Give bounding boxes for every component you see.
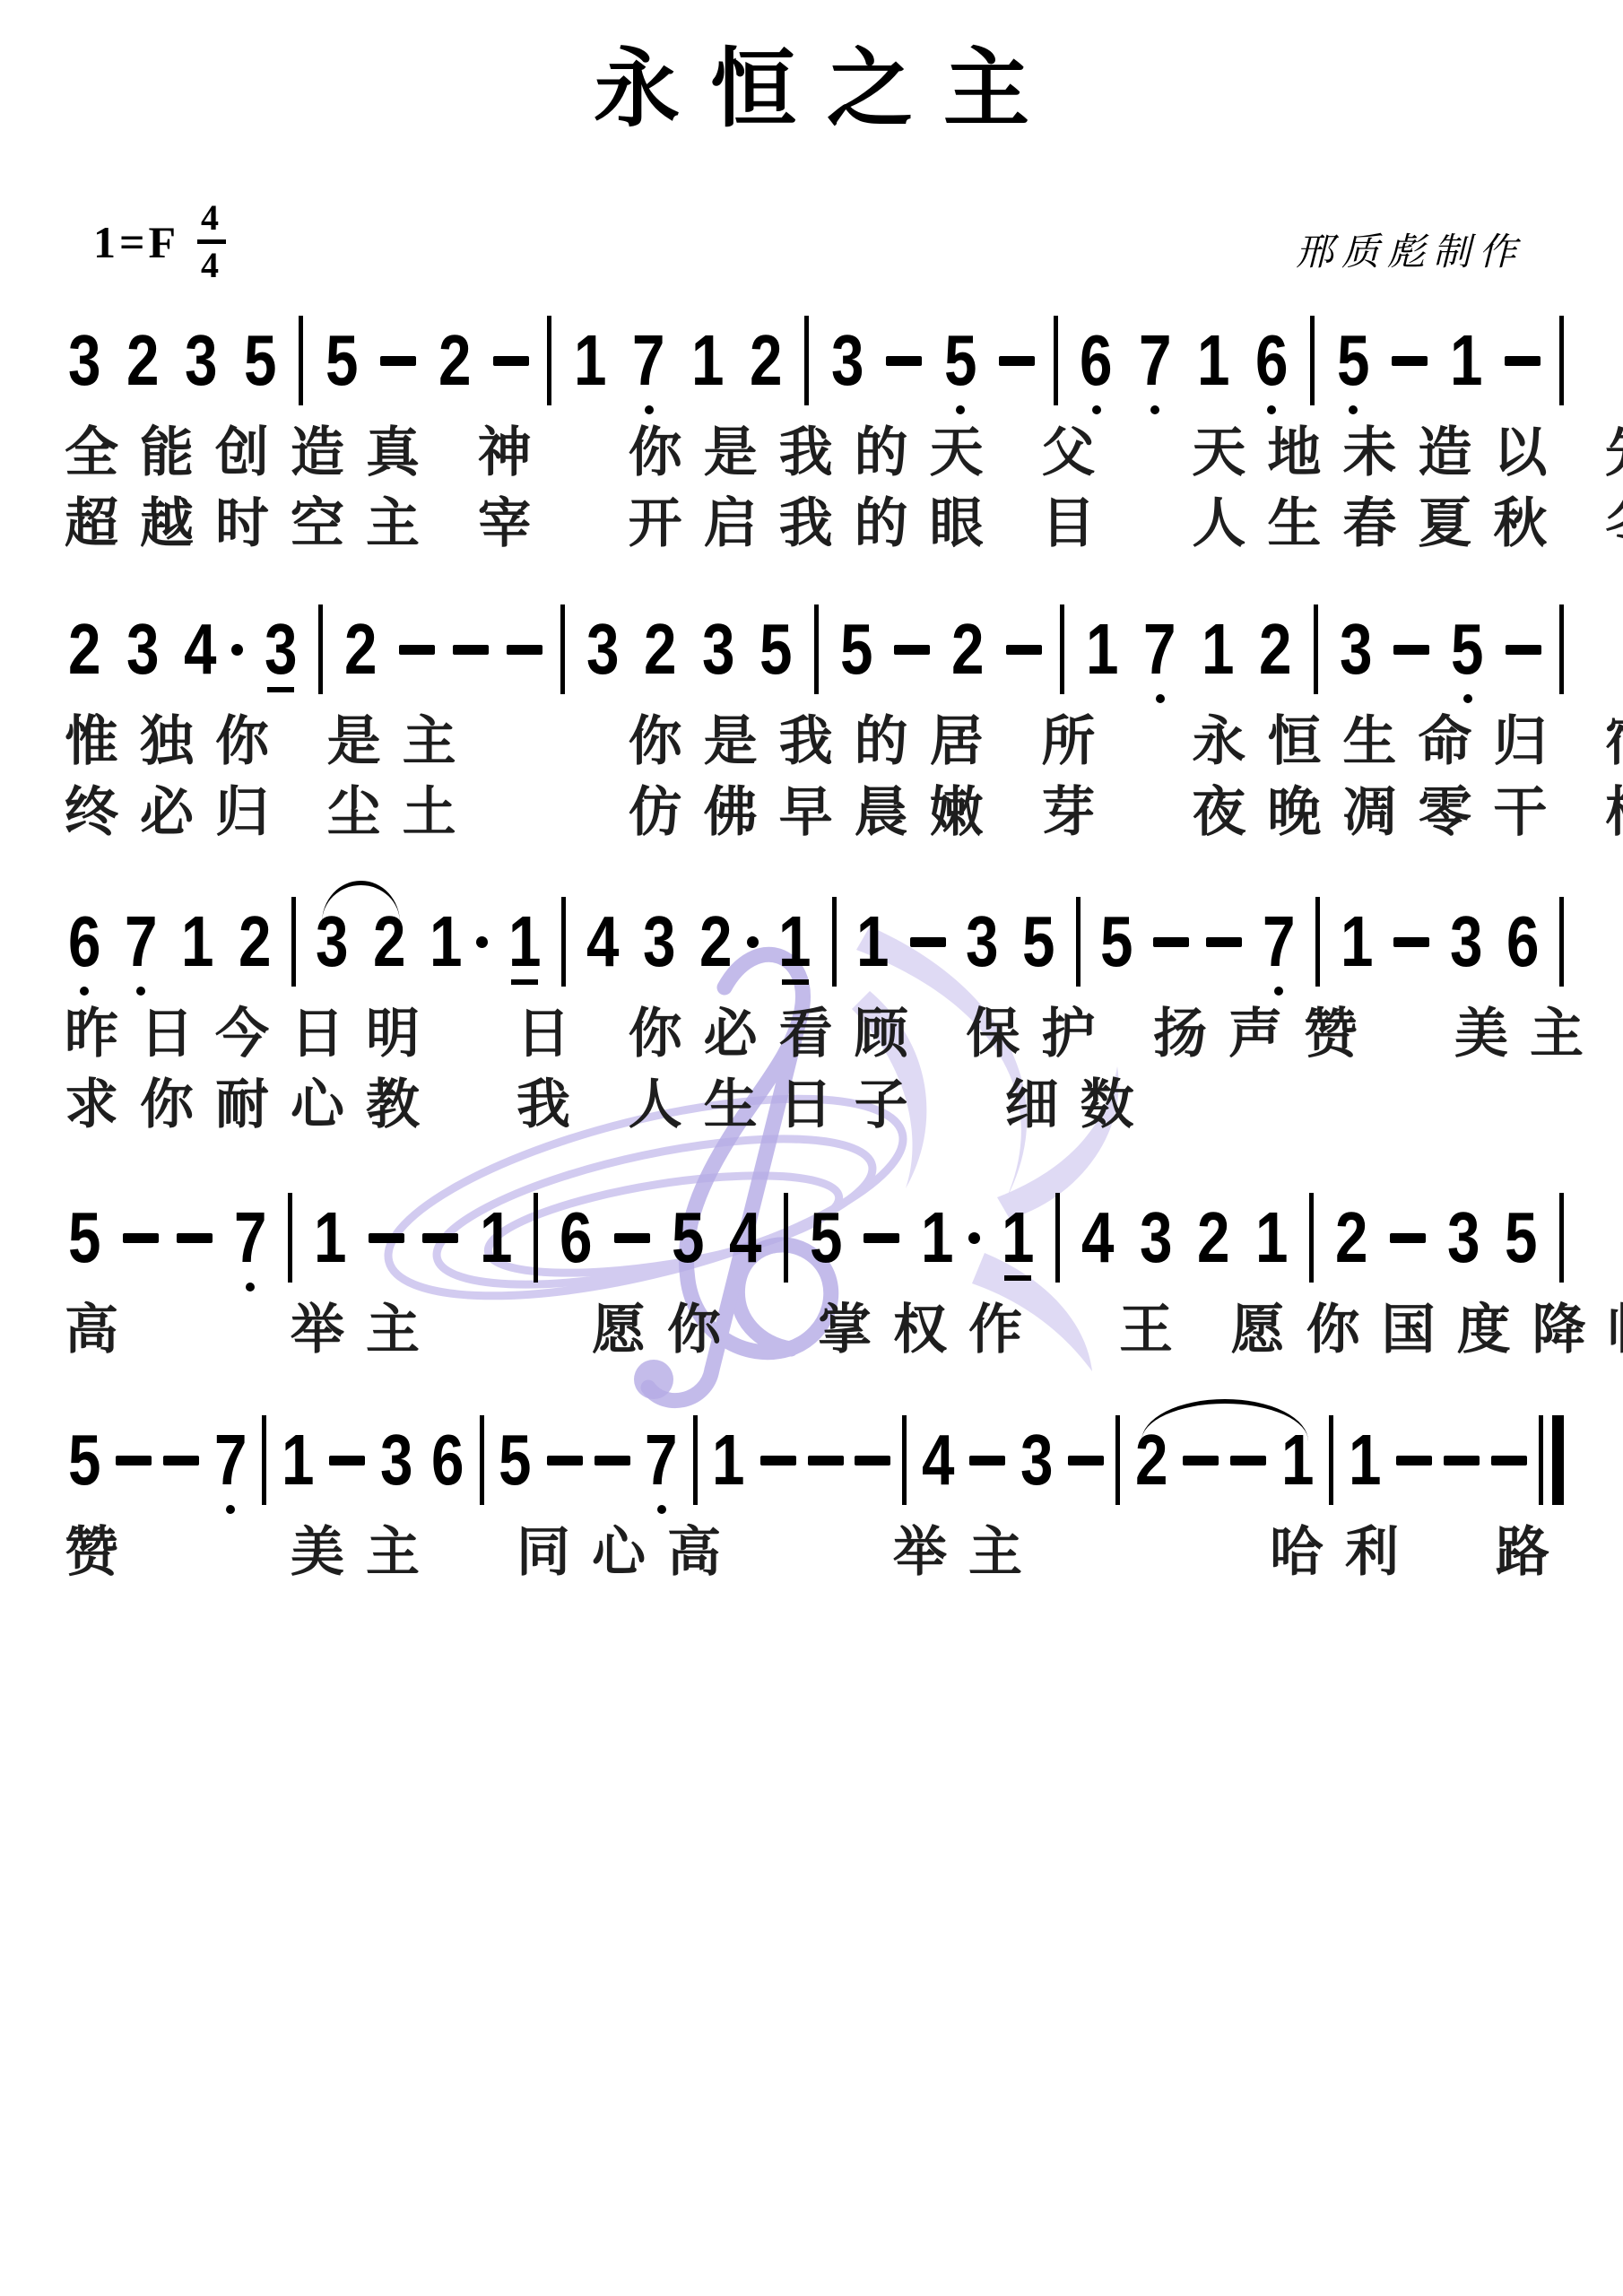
note-1: 1 xyxy=(178,895,218,988)
note-7: 7 xyxy=(1259,895,1299,988)
note-3: 3 xyxy=(1136,1191,1176,1284)
note-digit: 3 xyxy=(265,613,297,685)
note-digit: 2 xyxy=(126,325,159,396)
duration-dash xyxy=(1491,1456,1527,1465)
low-octave-dot xyxy=(956,405,965,414)
duration-dash xyxy=(493,356,529,366)
note-3: 3 xyxy=(1336,603,1376,696)
barline xyxy=(1559,897,1564,987)
note-1: 1 xyxy=(1337,895,1377,988)
note-5: 5 xyxy=(941,314,981,407)
note-digit: 1 xyxy=(778,906,811,978)
key-label: 1=F xyxy=(93,216,179,268)
low-octave-dot xyxy=(657,1505,666,1514)
notes-row: 23432323552171235 xyxy=(65,603,1564,696)
note-digit: 7 xyxy=(632,325,664,396)
low-octave-dot xyxy=(645,405,654,414)
duration-dash xyxy=(886,356,922,366)
song-title: 永恒之主 xyxy=(0,45,1623,135)
note-digit: 3 xyxy=(702,613,734,685)
note-5: 5 xyxy=(322,314,362,407)
note-3: 3 xyxy=(828,314,868,407)
note-2: 2 xyxy=(341,603,381,696)
note-1: 1 xyxy=(426,895,489,988)
note-3: 3 xyxy=(962,895,1002,988)
note-digit: 2 xyxy=(1197,1202,1229,1274)
barline xyxy=(1559,1193,1564,1283)
note-2: 2 xyxy=(640,603,681,696)
note-digit: 1 xyxy=(856,906,889,978)
note-1: 1 xyxy=(853,895,893,988)
note-3: 3 xyxy=(65,314,105,407)
low-octave-dot xyxy=(226,1505,235,1514)
note-5: 5 xyxy=(65,1191,105,1284)
note-2: 2 xyxy=(235,895,275,988)
note-2: 2 xyxy=(435,314,475,407)
duration-dash xyxy=(1506,645,1541,655)
note-3: 3 xyxy=(261,603,301,696)
notes-row: 57116545114321235 xyxy=(65,1191,1564,1284)
barline xyxy=(1055,1193,1060,1283)
note-1: 1 xyxy=(775,895,815,988)
note-3: 3 xyxy=(1017,1413,1057,1507)
note-3: 3 xyxy=(123,603,163,696)
note-digit: 2 xyxy=(438,325,471,396)
note-digit: 1 xyxy=(1255,1202,1288,1274)
barline xyxy=(1310,316,1315,405)
note-1: 1 xyxy=(570,314,611,407)
note-digit: 6 xyxy=(1255,325,1288,396)
low-octave-dot xyxy=(80,987,89,996)
note-digit: 7 xyxy=(214,1424,247,1496)
note-3: 3 xyxy=(181,314,221,407)
note-digit: 4 xyxy=(1081,1202,1114,1274)
barline xyxy=(784,1193,788,1283)
note-7: 7 xyxy=(230,1191,271,1284)
credit-text: 邢质彪制作 xyxy=(1296,222,1524,276)
note-4: 4 xyxy=(725,1191,766,1284)
note-digit: 5 xyxy=(244,325,276,396)
note-digit: 7 xyxy=(645,1424,677,1496)
note-digit: 1 xyxy=(712,1424,744,1496)
barline xyxy=(534,1193,538,1283)
note-digit: 3 xyxy=(1020,1424,1053,1496)
note-digit: 2 xyxy=(699,906,732,978)
note-digit: 2 xyxy=(750,325,782,396)
duration-dash xyxy=(910,937,946,947)
time-denominator: 4 xyxy=(201,244,222,284)
barline xyxy=(1060,604,1064,694)
note-digit: 3 xyxy=(1450,906,1482,978)
note-5: 5 xyxy=(495,1413,535,1507)
note-digit: 4 xyxy=(922,1424,954,1496)
note-digit: 5 xyxy=(1505,1202,1537,1274)
note-digit: 1 xyxy=(430,906,462,978)
note-digit: 3 xyxy=(185,325,217,396)
note-digit: 5 xyxy=(325,325,358,396)
barline xyxy=(902,1415,907,1505)
note-digit: 1 xyxy=(181,906,213,978)
duration-dash xyxy=(1393,937,1429,947)
duration-dash xyxy=(1392,356,1428,366)
music-line-1: 323552171235671651全能创造真 神 你是我的天 父 天地未造以 … xyxy=(65,314,1564,556)
note-5: 5 xyxy=(1097,895,1137,988)
time-signature: 4 4 xyxy=(197,199,226,284)
notes-row: 323552171235671651 xyxy=(65,314,1564,407)
note-digit: 3 xyxy=(966,906,998,978)
barline xyxy=(1054,316,1058,405)
duration-dash xyxy=(760,1456,796,1465)
barline xyxy=(1329,1415,1333,1505)
note-5: 5 xyxy=(240,314,281,407)
barline xyxy=(547,316,551,405)
note-digit: 2 xyxy=(1335,1202,1367,1274)
note-digit: 5 xyxy=(1451,613,1483,685)
lyric-line: 高 举主 愿你 掌权作 王 愿你国度降临 扬声 xyxy=(65,1299,1564,1362)
note-3: 3 xyxy=(583,603,623,696)
duration-dash xyxy=(177,1233,213,1243)
note-2: 2 xyxy=(1193,1191,1234,1284)
note-digit: 5 xyxy=(68,1424,100,1496)
lyric-line: 求你耐心教 我 人生日子 细数 xyxy=(65,1074,1564,1137)
note-digit: 5 xyxy=(1337,325,1369,396)
note-digit: 7 xyxy=(234,1202,266,1274)
note-7: 7 xyxy=(211,1413,251,1507)
note-7: 7 xyxy=(1135,314,1176,407)
note-digit: 1 xyxy=(508,906,541,978)
duration-dash xyxy=(399,645,435,655)
sheet-music-page: 永恒之主 1=F 4 4 邢质彪制作 323552171235671651全能创… xyxy=(0,0,1623,2296)
note-1: 1 xyxy=(310,1191,351,1284)
note-digit: 2 xyxy=(951,613,984,685)
note-digit: 1 xyxy=(1197,325,1229,396)
barline xyxy=(288,1193,292,1283)
note-1: 1 xyxy=(688,314,728,407)
final-barline xyxy=(1539,1415,1564,1505)
note-5: 5 xyxy=(668,1191,708,1284)
augmentation-dot xyxy=(747,936,759,948)
low-octave-dot xyxy=(1463,694,1472,703)
note-1: 1 xyxy=(1446,314,1487,407)
duration-dash xyxy=(1068,1456,1104,1465)
note-7: 7 xyxy=(641,1413,681,1507)
note-6: 6 xyxy=(1252,314,1292,407)
note-2: 2 xyxy=(123,314,163,407)
note-3: 3 xyxy=(699,603,739,696)
note-5: 5 xyxy=(806,1191,846,1284)
low-octave-dot xyxy=(1274,987,1283,996)
note-5: 5 xyxy=(837,603,877,696)
note-5: 5 xyxy=(1333,314,1374,407)
note-1: 1 xyxy=(278,1413,318,1507)
note-6: 6 xyxy=(65,895,105,988)
augmentation-dot xyxy=(968,1232,980,1244)
lyric-line: 昨日今日明 日 你必看顾 保护 扬声赞 美主 同心 xyxy=(65,1003,1564,1066)
note-5: 5 xyxy=(1019,895,1059,988)
duration-dash xyxy=(547,1456,583,1465)
note-1: 1 xyxy=(505,895,545,988)
barline xyxy=(480,1415,484,1505)
duration-dash xyxy=(1390,1233,1426,1243)
note-digit: 3 xyxy=(1447,1202,1480,1274)
note-digit: 1 xyxy=(1450,325,1482,396)
time-numerator: 4 xyxy=(197,199,226,244)
duration-dash xyxy=(595,1456,630,1465)
music-line-5: 5713657143211赞 美主 同心高 举主 哈利 路 亚 xyxy=(65,1413,1564,1585)
note-digit: 3 xyxy=(380,1424,412,1496)
note-4: 4 xyxy=(180,603,243,696)
music-line-4: 57116545114321235高 举主 愿你 掌权作 王 愿你国度降临 扬声 xyxy=(65,1191,1564,1362)
duration-dash xyxy=(116,1456,152,1465)
lyric-line: 全能创造真 神 你是我的天 父 天地未造以 先 xyxy=(65,422,1564,485)
note-3: 3 xyxy=(1444,1191,1484,1284)
duration-dash xyxy=(1206,937,1242,947)
music-line-2: 23432323552171235惟独你 是主 你是我的居 所 永恒生命归 宿终… xyxy=(65,603,1564,845)
watermark-clef-blob xyxy=(634,1360,673,1399)
note-1: 1 xyxy=(1082,603,1123,696)
note-digit: 3 xyxy=(1340,613,1372,685)
duration-dash xyxy=(1183,1456,1219,1465)
note-4: 4 xyxy=(583,895,623,988)
notes-row: 67123211432113557136 xyxy=(65,895,1564,988)
note-6: 6 xyxy=(556,1191,596,1284)
note-digit: 5 xyxy=(810,1202,842,1274)
note-5: 5 xyxy=(1501,1191,1541,1284)
barline xyxy=(1559,604,1564,694)
barline xyxy=(1076,897,1081,987)
note-5: 5 xyxy=(1447,603,1488,696)
note-digit: 2 xyxy=(1259,613,1291,685)
note-3: 3 xyxy=(377,1413,417,1507)
barline xyxy=(1309,1193,1314,1283)
barline xyxy=(561,897,566,987)
note-digit: 7 xyxy=(125,906,157,978)
note-digit: 5 xyxy=(1100,906,1133,978)
duration-dash xyxy=(1505,356,1541,366)
note-5: 5 xyxy=(65,1413,105,1507)
note-digit: 2 xyxy=(239,906,271,978)
barline xyxy=(804,316,809,405)
note-1: 1 xyxy=(708,1413,749,1507)
note-digit: 1 xyxy=(1202,613,1234,685)
note-digit: 2 xyxy=(68,613,100,685)
note-digit: 3 xyxy=(68,325,100,396)
slur-arc xyxy=(322,881,400,923)
duration-dash xyxy=(380,356,416,366)
barline xyxy=(318,604,323,694)
duration-dash xyxy=(1393,645,1429,655)
key-signature: 1=F 4 4 xyxy=(93,199,226,284)
low-octave-dot xyxy=(1092,405,1101,414)
note-digit: 1 xyxy=(921,1202,953,1274)
note-2: 2 xyxy=(948,603,988,696)
duration-dash xyxy=(163,1456,199,1465)
note-7: 7 xyxy=(121,895,161,988)
duration-dash xyxy=(1230,1456,1266,1465)
note-digit: 4 xyxy=(586,906,619,978)
note-2: 2 xyxy=(746,314,786,407)
note-digit: 6 xyxy=(560,1202,592,1274)
barline xyxy=(262,1415,266,1505)
note-7: 7 xyxy=(1140,603,1180,696)
barline xyxy=(560,604,565,694)
note-digit: 1 xyxy=(1341,906,1373,978)
duration-dash xyxy=(1396,1456,1432,1465)
note-digit: 7 xyxy=(1263,906,1295,978)
note-digit: 3 xyxy=(586,613,619,685)
duration-dash xyxy=(999,356,1035,366)
note-digit: 3 xyxy=(643,906,675,978)
duration-dash xyxy=(808,1456,844,1465)
note-digit: 1 xyxy=(480,1202,512,1274)
note-1: 1 xyxy=(1252,1191,1292,1284)
note-1: 1 xyxy=(1193,314,1234,407)
lyric-line: 惟独你 是主 你是我的居 所 永恒生命归 宿 xyxy=(65,710,1564,774)
note-digit: 7 xyxy=(1139,325,1171,396)
note-digit: 1 xyxy=(282,1424,314,1496)
note-1: 1 xyxy=(1198,603,1238,696)
note-digit: 3 xyxy=(126,613,159,685)
barline xyxy=(1115,1415,1120,1505)
note-6: 6 xyxy=(428,1413,468,1507)
note-3: 3 xyxy=(639,895,680,988)
barline xyxy=(299,316,303,405)
note-6: 6 xyxy=(1076,314,1116,407)
barline xyxy=(1559,316,1564,405)
note-digit: 5 xyxy=(944,325,976,396)
note-digit: 5 xyxy=(68,1202,100,1274)
low-octave-dot xyxy=(1349,405,1358,414)
note-2: 2 xyxy=(696,895,759,988)
note-digit: 1 xyxy=(1002,1202,1034,1274)
note-4: 4 xyxy=(1078,1191,1118,1284)
low-octave-dot xyxy=(1150,405,1159,414)
duration-dash xyxy=(969,1456,1005,1465)
note-digit: 1 xyxy=(1349,1424,1381,1496)
augmentation-dot xyxy=(476,936,488,948)
barline xyxy=(814,604,819,694)
note-digit: 5 xyxy=(499,1424,531,1496)
duration-dash xyxy=(123,1233,159,1243)
note-2: 2 xyxy=(65,603,105,696)
note-1: 1 xyxy=(917,1191,980,1284)
note-1: 1 xyxy=(1345,1413,1385,1507)
barline xyxy=(1314,604,1318,694)
note-digit: 6 xyxy=(1080,325,1112,396)
note-digit: 1 xyxy=(314,1202,346,1274)
note-digit: 7 xyxy=(1143,613,1176,685)
note-4: 4 xyxy=(918,1413,959,1507)
augmentation-dot xyxy=(231,644,243,656)
duration-dash xyxy=(614,1233,650,1243)
note-3: 3 xyxy=(1446,895,1487,988)
notes-row: 5713657143211 xyxy=(65,1413,1564,1507)
note-digit: 6 xyxy=(68,906,100,978)
note-digit: 6 xyxy=(431,1424,464,1496)
low-octave-dot xyxy=(1156,694,1165,703)
note-5: 5 xyxy=(756,603,796,696)
note-6: 6 xyxy=(1503,895,1543,988)
duration-dash xyxy=(855,1456,890,1465)
note-7: 7 xyxy=(629,314,669,407)
duration-dash xyxy=(894,645,930,655)
low-octave-dot xyxy=(246,1283,255,1291)
note-2: 2 xyxy=(1255,603,1296,696)
duration-dash xyxy=(507,645,542,655)
barline xyxy=(832,897,837,987)
note-digit: 5 xyxy=(1022,906,1055,978)
low-octave-dot xyxy=(1267,405,1276,414)
duration-dash xyxy=(453,645,489,655)
duration-dash xyxy=(422,1233,458,1243)
note-digit: 4 xyxy=(729,1202,761,1274)
lyric-line: 终必归 尘土 仿佛早晨嫩 芽 夜晚凋零干 枯 xyxy=(65,781,1564,845)
duration-dash xyxy=(1006,645,1042,655)
note-digit: 4 xyxy=(184,613,216,685)
note-digit: 3 xyxy=(831,325,864,396)
note-digit: 1 xyxy=(691,325,724,396)
note-digit: 6 xyxy=(1506,906,1539,978)
note-digit: 5 xyxy=(759,613,792,685)
note-1: 1 xyxy=(998,1191,1038,1284)
duration-dash xyxy=(329,1456,365,1465)
duration-dash xyxy=(1153,937,1189,947)
duration-dash xyxy=(369,1233,404,1243)
music-line-3: 67123211432113557136昨日今日明 日 你必看顾 保护 扬声赞 … xyxy=(65,895,1564,1137)
note-digit: 5 xyxy=(672,1202,704,1274)
note-digit: 2 xyxy=(644,613,676,685)
barline xyxy=(291,897,296,987)
lyric-line: 赞 美主 同心高 举主 哈利 路 亚 xyxy=(65,1521,1564,1585)
note-2: 2 xyxy=(1332,1191,1372,1284)
lyric-line: 超越时空主 宰 开启我的眼 目 人生春夏秋 冬 xyxy=(65,492,1564,556)
note-1: 1 xyxy=(476,1191,516,1284)
barline xyxy=(693,1415,698,1505)
note-digit: 1 xyxy=(1086,613,1118,685)
low-octave-dot xyxy=(136,987,145,996)
barline xyxy=(1315,897,1320,987)
note-digit: 5 xyxy=(840,613,872,685)
duration-dash xyxy=(864,1233,899,1243)
duration-dash xyxy=(1444,1456,1480,1465)
note-digit: 1 xyxy=(574,325,606,396)
note-digit: 2 xyxy=(344,613,377,685)
note-digit: 3 xyxy=(1140,1202,1172,1274)
